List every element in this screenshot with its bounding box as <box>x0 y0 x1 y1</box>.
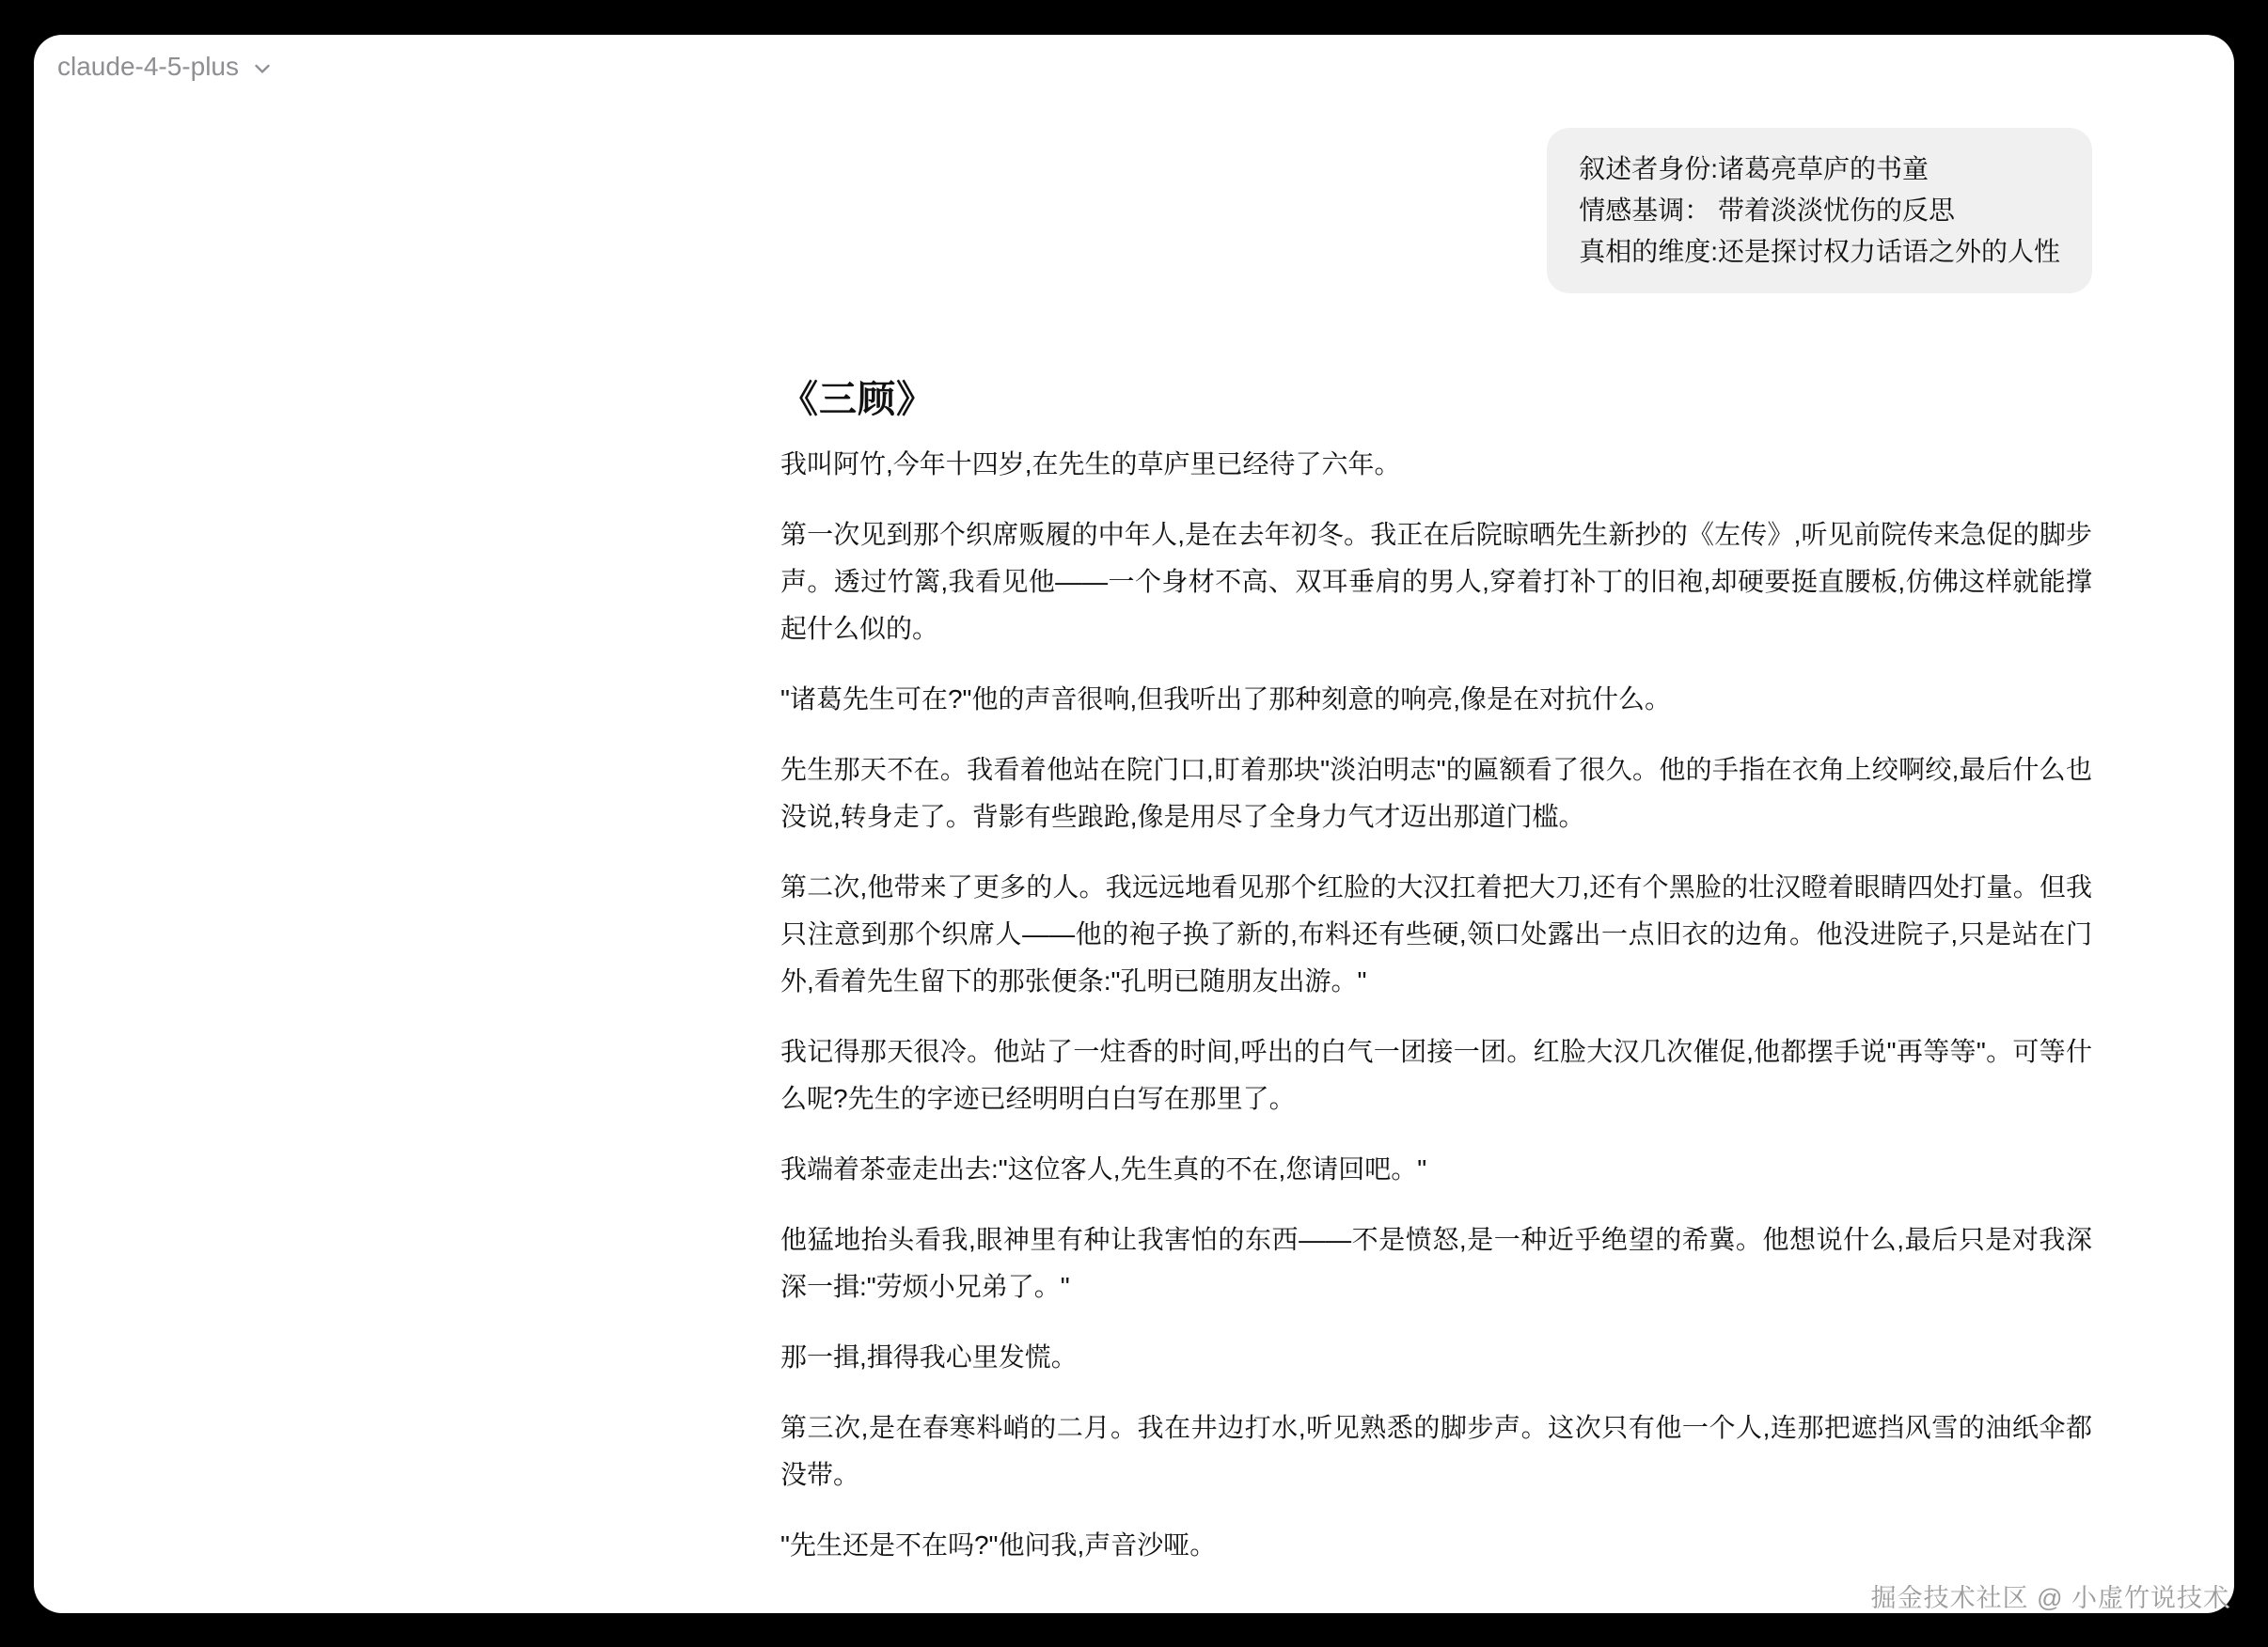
story-paragraph: 我端着茶壶走出去:"这位客人,先生真的不在,您请回吧。" <box>780 1146 2092 1193</box>
viewport: claude-4-5-plus 叙述者身份:诸葛亮草庐的书童 情感基调： 带着淡… <box>0 0 2268 1647</box>
story-paragraph: 那一揖,揖得我心里发慌。 <box>780 1334 2092 1381</box>
watermark: 掘金技术社区 @ 小虚竹说技术 <box>1871 1577 2229 1614</box>
story-paragraph: 我记得那天很冷。他站了一炷香的时间,呼出的白气一团接一团。红脸大汉几次催促,他都… <box>780 1028 2092 1122</box>
user-message-row: 叙述者身份:诸葛亮草庐的书童 情感基调： 带着淡淡忧伤的反思 真相的维度:还是探… <box>780 128 2092 293</box>
story-paragraph: 他猛地抬头看我,眼神里有种让我害怕的东西——不是愤怒,是一种近乎绝望的希冀。他想… <box>780 1216 2092 1310</box>
user-message-line: 情感基调： 带着淡淡忧伤的反思 <box>1579 190 2060 231</box>
assistant-message: 《三顾》 我叫阿竹,今年十四岁,在先生的草庐里已经待了六年。 第一次见到那个织席… <box>780 375 2092 1569</box>
user-message-bubble: 叙述者身份:诸葛亮草庐的书童 情感基调： 带着淡淡忧伤的反思 真相的维度:还是探… <box>1547 128 2092 293</box>
chevron-down-icon <box>250 56 275 81</box>
story-paragraph: 第三次,是在春寒料峭的二月。我在井边打水,听见熟悉的脚步声。这次只有他一个人,连… <box>780 1404 2092 1498</box>
story-paragraph: "诸葛先生可在?"他的声音很响,但我听出了那种刻意的响亮,像是在对抗什么。 <box>780 676 2092 723</box>
model-selector-label: claude-4-5-plus <box>57 52 239 82</box>
story-title: 《三顾》 <box>780 375 2092 424</box>
story-paragraph: 第一次见到那个织席贩履的中年人,是在去年初冬。我正在后院晾晒先生新抄的《左传》,… <box>780 511 2092 652</box>
model-selector[interactable]: claude-4-5-plus <box>50 40 282 93</box>
story-paragraph: 我叫阿竹,今年十四岁,在先生的草庐里已经待了六年。 <box>780 441 2092 488</box>
story-paragraph: 第二次,他带来了更多的人。我远远地看见那个红脸的大汉扛着把大刀,还有个黑脸的壮汉… <box>780 864 2092 1005</box>
story-paragraph: "先生还是不在吗?"他问我,声音沙哑。 <box>780 1522 2092 1569</box>
user-message-line: 真相的维度:还是探讨权力话语之外的人性 <box>1579 231 2060 273</box>
chat-scroll-area[interactable]: 叙述者身份:诸葛亮草庐的书童 情感基调： 带着淡淡忧伤的反思 真相的维度:还是探… <box>780 35 2092 1613</box>
story-paragraph: 先生那天不在。我看着他站在院门口,盯着那块"淡泊明志"的匾额看了很久。他的手指在… <box>780 746 2092 840</box>
chat-window: claude-4-5-plus 叙述者身份:诸葛亮草庐的书童 情感基调： 带着淡… <box>34 35 2234 1613</box>
user-message-line: 叙述者身份:诸葛亮草庐的书童 <box>1579 149 2060 190</box>
